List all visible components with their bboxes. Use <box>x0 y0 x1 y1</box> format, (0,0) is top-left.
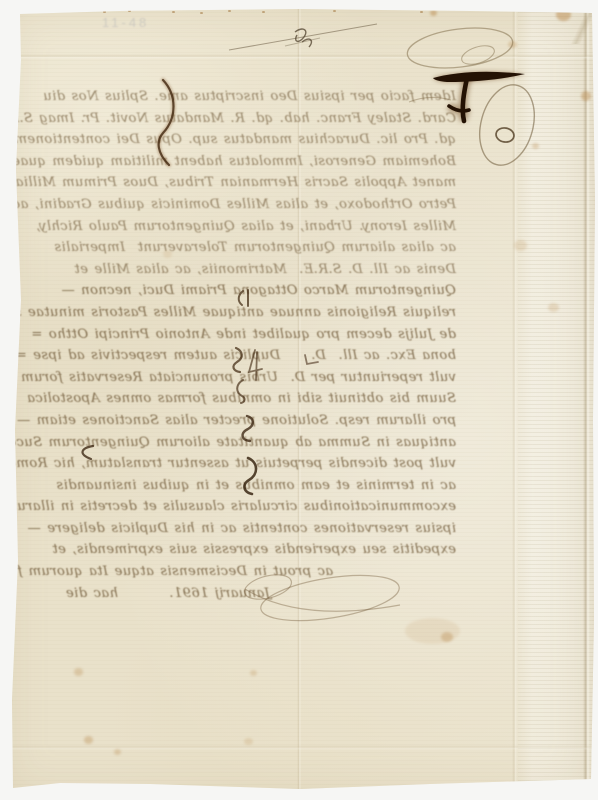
scan-background: 11-48 Idem facio per ipsius Deo inscript… <box>0 0 598 800</box>
date-flourish <box>230 565 415 635</box>
manuscript-page: 11-48 Idem facio per ipsius Deo inscript… <box>0 0 598 800</box>
heavy-ink-bleed-marks <box>0 0 598 800</box>
